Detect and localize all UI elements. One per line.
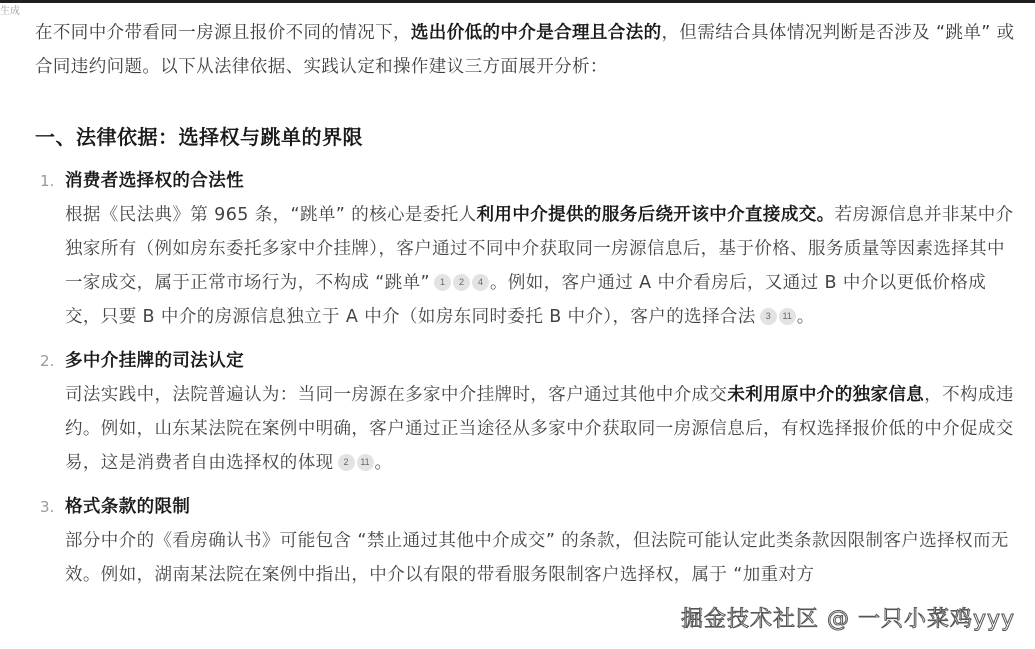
citation-badge[interactable]: 11 [779, 308, 796, 325]
list-item-consumer-choice: 1. 消费者选择权的合法性 根据《民法典》第 965 条，“跳单” 的核心是委托… [35, 164, 1020, 334]
section-heading-legal-basis: 一、法律依据：选择权与跳单的界限 [35, 122, 1020, 152]
item-body: 司法实践中，法院普遍认为：当同一房源在多家中介挂牌时，客户通过其他中介成交未利用… [65, 378, 1020, 480]
citation-badge[interactable]: 3 [760, 308, 777, 325]
body-text: 根据《民法典》第 965 条，“跳单” 的核心是委托人 [65, 205, 477, 225]
item-number: 3. [40, 490, 54, 524]
body-text: 部分中介的《看房确认书》可能包含 “禁止通过其他中介成交” 的条款，但法院可能认… [65, 531, 1009, 585]
intro-paragraph: 在不同中介带看同一房源且报价不同的情况下，选出价低的中介是合理且合法的，但需结合… [35, 16, 1020, 84]
item-title: 消费者选择权的合法性 [65, 164, 1020, 198]
list-item-judicial-recognition: 2. 多中介挂牌的司法认定 司法实践中，法院普遍认为：当同一房源在多家中介挂牌时… [35, 344, 1020, 480]
top-border-bar [0, 0, 1035, 3]
item-number: 2. [40, 344, 54, 378]
citation-badge[interactable]: 1 [434, 274, 451, 291]
citation-group: 124 [433, 273, 490, 293]
item-title: 格式条款的限制 [65, 490, 1020, 524]
body-bold-text: 未利用原中介的独家信息 [727, 385, 924, 405]
intro-bold-conclusion: 选出价低的中介是合理且合法的 [411, 23, 662, 43]
citation-group: 311 [759, 307, 797, 327]
item-title: 多中介挂牌的司法认定 [65, 344, 1020, 378]
body-text-end: 。 [375, 453, 393, 473]
watermark: 掘金技术社区 @ 一只小菜鸡yyy [681, 602, 1015, 633]
answer-content: 在不同中介带看同一房源且报价不同的情况下，选出价低的中介是合理且合法的，但需结合… [35, 16, 1020, 592]
citation-badge[interactable]: 4 [472, 274, 489, 291]
citation-badge[interactable]: 2 [453, 274, 470, 291]
citation-group: 211 [337, 453, 375, 473]
body-text-end: 。 [797, 307, 815, 327]
generated-label: 生成 [0, 2, 20, 17]
item-number: 1. [40, 164, 54, 198]
legal-basis-list: 1. 消费者选择权的合法性 根据《民法典》第 965 条，“跳单” 的核心是委托… [35, 164, 1020, 592]
intro-text: 在不同中介带看同一房源且报价不同的情况下， [35, 23, 411, 43]
item-body: 根据《民法典》第 965 条，“跳单” 的核心是委托人利用中介提供的服务后绕开该… [65, 198, 1020, 334]
item-body: 部分中介的《看房确认书》可能包含 “禁止通过其他中介成交” 的条款，但法院可能认… [65, 524, 1020, 592]
body-text: 司法实践中，法院普遍认为：当同一房源在多家中介挂牌时，客户通过其他中介成交 [65, 385, 727, 405]
citation-badge[interactable]: 11 [357, 454, 374, 471]
list-item-standard-clause-limits: 3. 格式条款的限制 部分中介的《看房确认书》可能包含 “禁止通过其他中介成交”… [35, 490, 1020, 592]
body-bold-text: 利用中介提供的服务后绕开该中介直接成交。 [477, 205, 835, 225]
citation-badge[interactable]: 2 [338, 454, 355, 471]
